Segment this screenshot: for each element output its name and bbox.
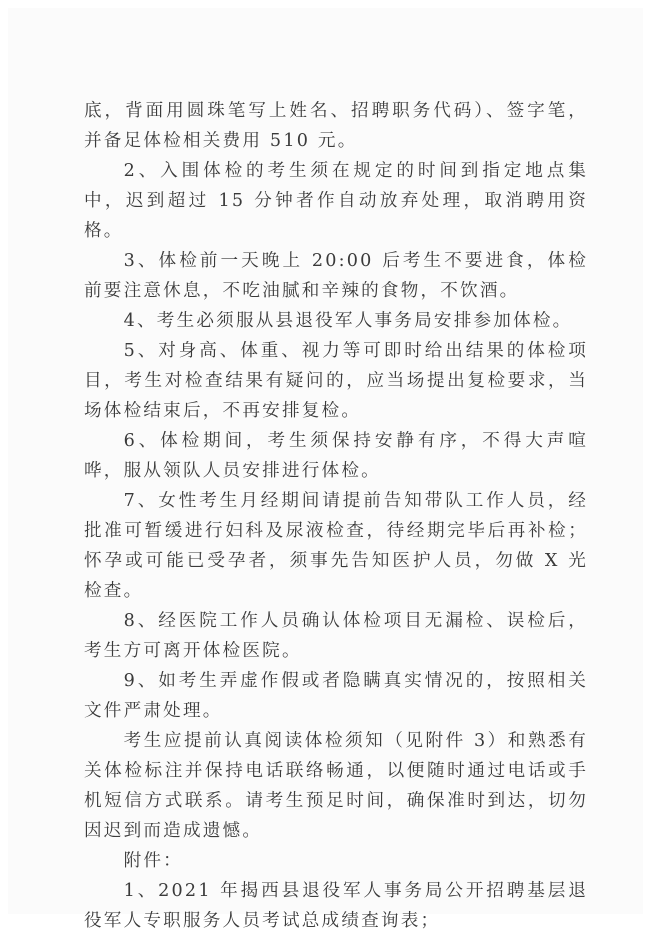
paragraph-item-2: 2、入围体检的考生须在规定的时间到指定地点集中，迟到超过 15 分钟者作自动放弃…	[84, 156, 588, 246]
paragraph-item-1-continuation: 底，背面用圆珠笔写上姓名、招聘职务代码）、签字笔，并备足体检相关费用 510 元…	[84, 96, 588, 156]
paragraph-reading-notice: 考生应提前认真阅读体检须知（见附件 3）和熟悉有关体检标注并保持电话联络畅通，以…	[84, 726, 588, 846]
paragraph-item-6: 6、体检期间，考生须保持安静有序，不得大声喧哗，服从领队人员安排进行体检。	[84, 426, 588, 486]
attachments-heading: 附件：	[84, 846, 588, 876]
paragraph-item-7: 7、女性考生月经期间请提前告知带队工作人员，经批准可暂缓进行妇科及尿液检查，待经…	[84, 486, 588, 606]
paragraph-item-9: 9、如考生弄虚作假或者隐瞒真实情况的，按照相关文件严肃处理。	[84, 666, 588, 726]
paragraph-item-5: 5、对身高、体重、视力等可即时给出结果的体检项目，考生对检查结果有疑问的，应当场…	[84, 336, 588, 426]
paragraph-item-3: 3、体检前一天晚上 20:00 后考生不要进食，体检前要注意休息，不吃油腻和辛辣…	[84, 246, 588, 306]
paragraph-item-8: 8、经医院工作人员确认体检项目无漏检、误检后，考生方可离开体检医院。	[84, 606, 588, 666]
document-page: 底，背面用圆珠笔写上姓名、招聘职务代码）、签字笔，并备足体检相关费用 510 元…	[8, 8, 643, 914]
paragraph-item-4: 4、考生必须服从县退役军人事务局安排参加体检。	[84, 306, 588, 336]
document-body: 底，背面用圆珠笔写上姓名、招聘职务代码）、签字笔，并备足体检相关费用 510 元…	[84, 96, 588, 923]
attachment-item-1: 1、2021 年揭西县退役军人事务局公开招聘基层退役军人专职服务人员考试总成绩查…	[84, 876, 588, 923]
